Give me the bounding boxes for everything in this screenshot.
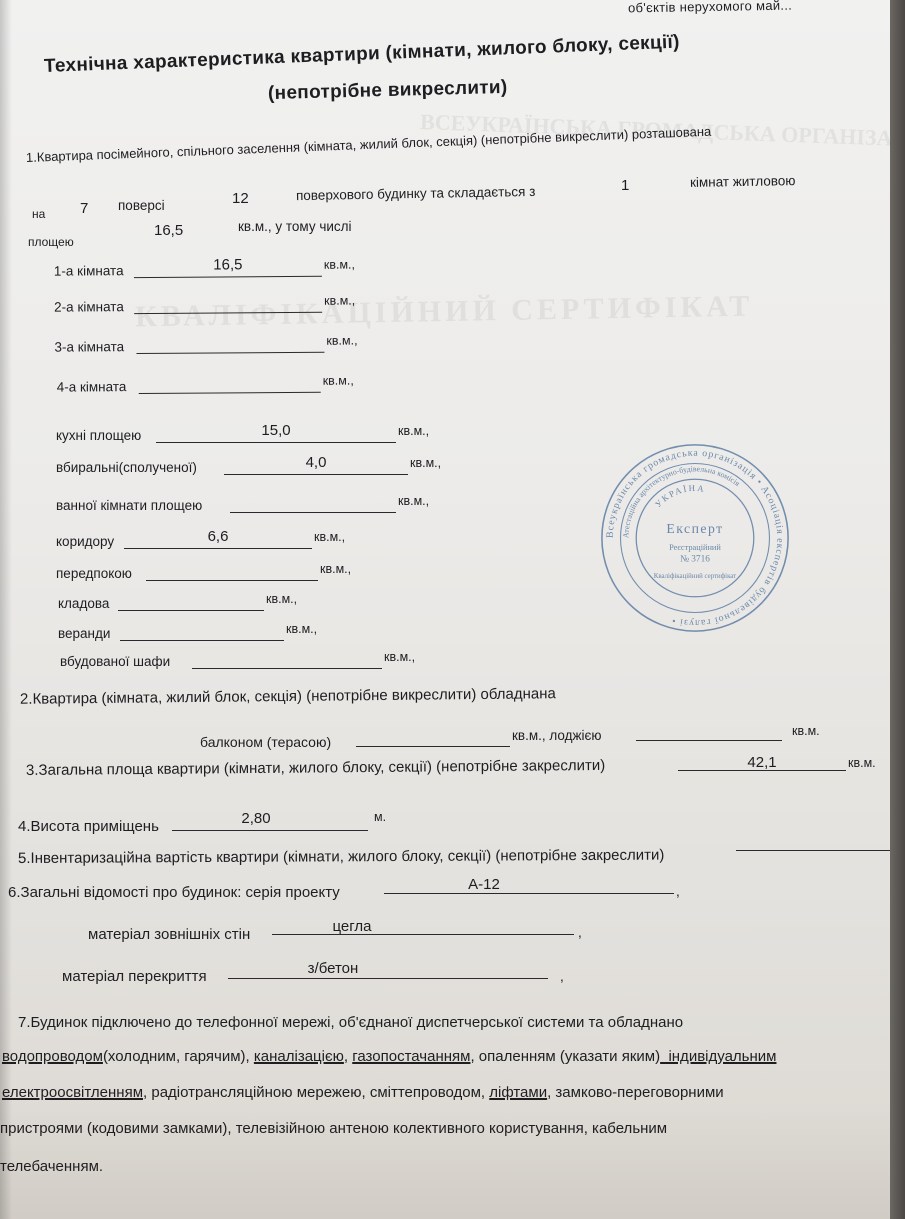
height-field[interactable]: [172, 830, 368, 831]
room-label: 3-а кімната: [54, 339, 124, 354]
walls-label: матеріал зовнішніх стін: [88, 926, 250, 943]
area-label: площею: [28, 235, 74, 249]
utility-sewage: каналізацією: [254, 1048, 344, 1065]
area-unit: кв.м.,: [286, 622, 317, 636]
area-field[interactable]: [156, 442, 396, 443]
utility-gas: газопостачанням: [352, 1048, 470, 1065]
room-value: 16,5: [134, 256, 322, 274]
inventory-value-field[interactable]: [736, 850, 890, 851]
area-field[interactable]: [230, 512, 396, 513]
section-3-label: 3.Загальна площа квартири (кімнати, жило…: [26, 757, 605, 779]
expert-stamp: Всеукраїнська громадська організація • А…: [597, 440, 793, 636]
project-series-value: А-12: [384, 876, 584, 893]
area-label: ванної кімнати площею: [56, 498, 202, 513]
rooms-label: кімнат житловою: [690, 173, 796, 190]
area-unit: кв.м.,: [398, 494, 429, 508]
heating-type: індивідуальним: [660, 1048, 776, 1065]
svg-text:УКРАЇНА: УКРАЇНА: [653, 483, 706, 509]
room-unit: кв.м.,: [326, 334, 357, 348]
section-7-line-1: 7.Будинок підключено до телефонної мереж…: [18, 1014, 683, 1031]
area-field[interactable]: [118, 610, 264, 611]
area-suffix: кв.м., у тому числі: [238, 219, 352, 234]
floor-value: 7: [80, 200, 88, 217]
area-unit: кв.м.,: [398, 424, 429, 438]
area-label: вбиральні(сполученої): [56, 460, 197, 475]
room-field[interactable]: [139, 392, 321, 394]
balcony-field[interactable]: [356, 746, 510, 747]
text: ,: [344, 1048, 352, 1065]
comma: ,: [560, 969, 564, 984]
area-field[interactable]: [224, 474, 408, 475]
area-unit: кв.м.,: [314, 530, 345, 544]
balcony-unit: кв.м., лоджією: [512, 728, 602, 743]
building-floors-value: 12: [232, 190, 249, 207]
total-area-unit: кв.м.: [848, 756, 876, 770]
area-label: кухні площею: [56, 428, 141, 443]
area-unit: кв.м.,: [266, 592, 297, 606]
area-label: кладова: [58, 596, 109, 611]
room-field[interactable]: [134, 312, 322, 314]
area-label: веранди: [58, 626, 110, 641]
stamp-outer-text: Всеукраїнська громадська організація • А…: [605, 448, 786, 629]
area-field[interactable]: [120, 640, 284, 641]
total-area-value: 42,1: [678, 754, 846, 771]
floor-material-label: матеріал перекриття: [62, 968, 207, 985]
stamp-country: УКРАЇНА: [653, 483, 706, 509]
project-series-field[interactable]: [384, 893, 674, 894]
utility-electric: електроосвітленням: [2, 1084, 143, 1101]
room-label: 4-а кімната: [57, 379, 127, 394]
utility-water: водопроводом: [2, 1048, 103, 1065]
room-label: 2-а кімната: [54, 299, 124, 314]
room-unit: кв.м.,: [323, 374, 354, 388]
loggia-unit: кв.м.: [792, 724, 820, 738]
on-label: на: [32, 207, 45, 221]
section-5-label: 5.Інвентаризаційна вартість квартири (кі…: [18, 847, 664, 867]
height-unit: м.: [374, 810, 386, 824]
background-surface: [890, 0, 905, 1219]
rooms-count-value: 1: [621, 177, 629, 194]
area-unit: кв.м.,: [320, 562, 351, 576]
room-field[interactable]: [134, 276, 322, 278]
area-field[interactable]: [192, 668, 382, 669]
section-1-intro: 1.Квартира посімейного, спільного заселе…: [26, 124, 712, 165]
floor-label: поверсі: [118, 198, 165, 213]
room-value: [134, 292, 322, 293]
area-label: вбудованої шафи: [60, 654, 170, 669]
floor-material-value: з/бетон: [228, 960, 438, 977]
text: , радіотрансляційною мережею, сміттепров…: [143, 1084, 489, 1101]
room-unit: кв.м.,: [324, 258, 355, 272]
room-field[interactable]: [136, 352, 324, 354]
stamp-cert-text: Кваліфікаційний сертифікат: [654, 573, 736, 580]
svg-text:Всеукраїнська громадська орган: Всеукраїнська громадська організація • А…: [605, 448, 786, 629]
area-field[interactable]: [124, 548, 312, 549]
room-label: 1-а кімната: [54, 263, 124, 278]
utility-elevators: ліфтами: [489, 1084, 547, 1101]
area-field[interactable]: [146, 580, 318, 581]
paper-shadow: [0, 1100, 890, 1219]
area-unit: кв.м.,: [384, 650, 415, 664]
loggia-field[interactable]: [636, 740, 782, 741]
section-6-label: 6.Загальні відомості про будинок: серія …: [8, 884, 340, 901]
stamp-role: Експерт: [666, 521, 723, 536]
area-unit: кв.м.,: [410, 456, 441, 470]
section-7-line-2: водопроводом(холодним, гарячим), каналіз…: [2, 1048, 776, 1065]
text: (холодним, гарячим),: [103, 1048, 254, 1065]
living-area-value: 16,5: [154, 222, 183, 239]
building-label: поверхового будинку та складається з: [296, 184, 536, 203]
document-page: ВСЕУКРАЇНСЬКА ГРОМАДСЬКА ОРГАНІЗАЦІЯ КВА…: [0, 0, 890, 1219]
area-value: 15,0: [156, 422, 396, 439]
area-value: 4,0: [224, 454, 408, 471]
walls-value: цегла: [272, 918, 432, 935]
text: , опаленням (указати яким): [470, 1048, 660, 1065]
balcony-label: балконом (терасою): [200, 734, 331, 750]
section-7-line-3: електроосвітленням, радіотрансляційною м…: [2, 1084, 724, 1101]
stamp-reg-number: № 3716: [680, 555, 710, 565]
section-4-label: 4.Висота приміщень: [18, 818, 159, 835]
stamp-reg-label: Реєстраційний: [669, 543, 721, 552]
comma: ,: [676, 884, 680, 899]
height-value: 2,80: [172, 810, 340, 827]
area-value: 6,6: [124, 528, 312, 545]
room-value: [139, 372, 321, 373]
room-value: [136, 332, 324, 333]
floor-material-field[interactable]: [228, 978, 548, 979]
comma: ,: [578, 925, 582, 940]
area-label: коридору: [56, 534, 114, 549]
text: , замково-переговорними: [547, 1084, 724, 1101]
room-unit: кв.м.,: [324, 294, 355, 308]
area-label: передпокою: [56, 566, 132, 581]
page-edge-shadow: [0, 0, 12, 1219]
